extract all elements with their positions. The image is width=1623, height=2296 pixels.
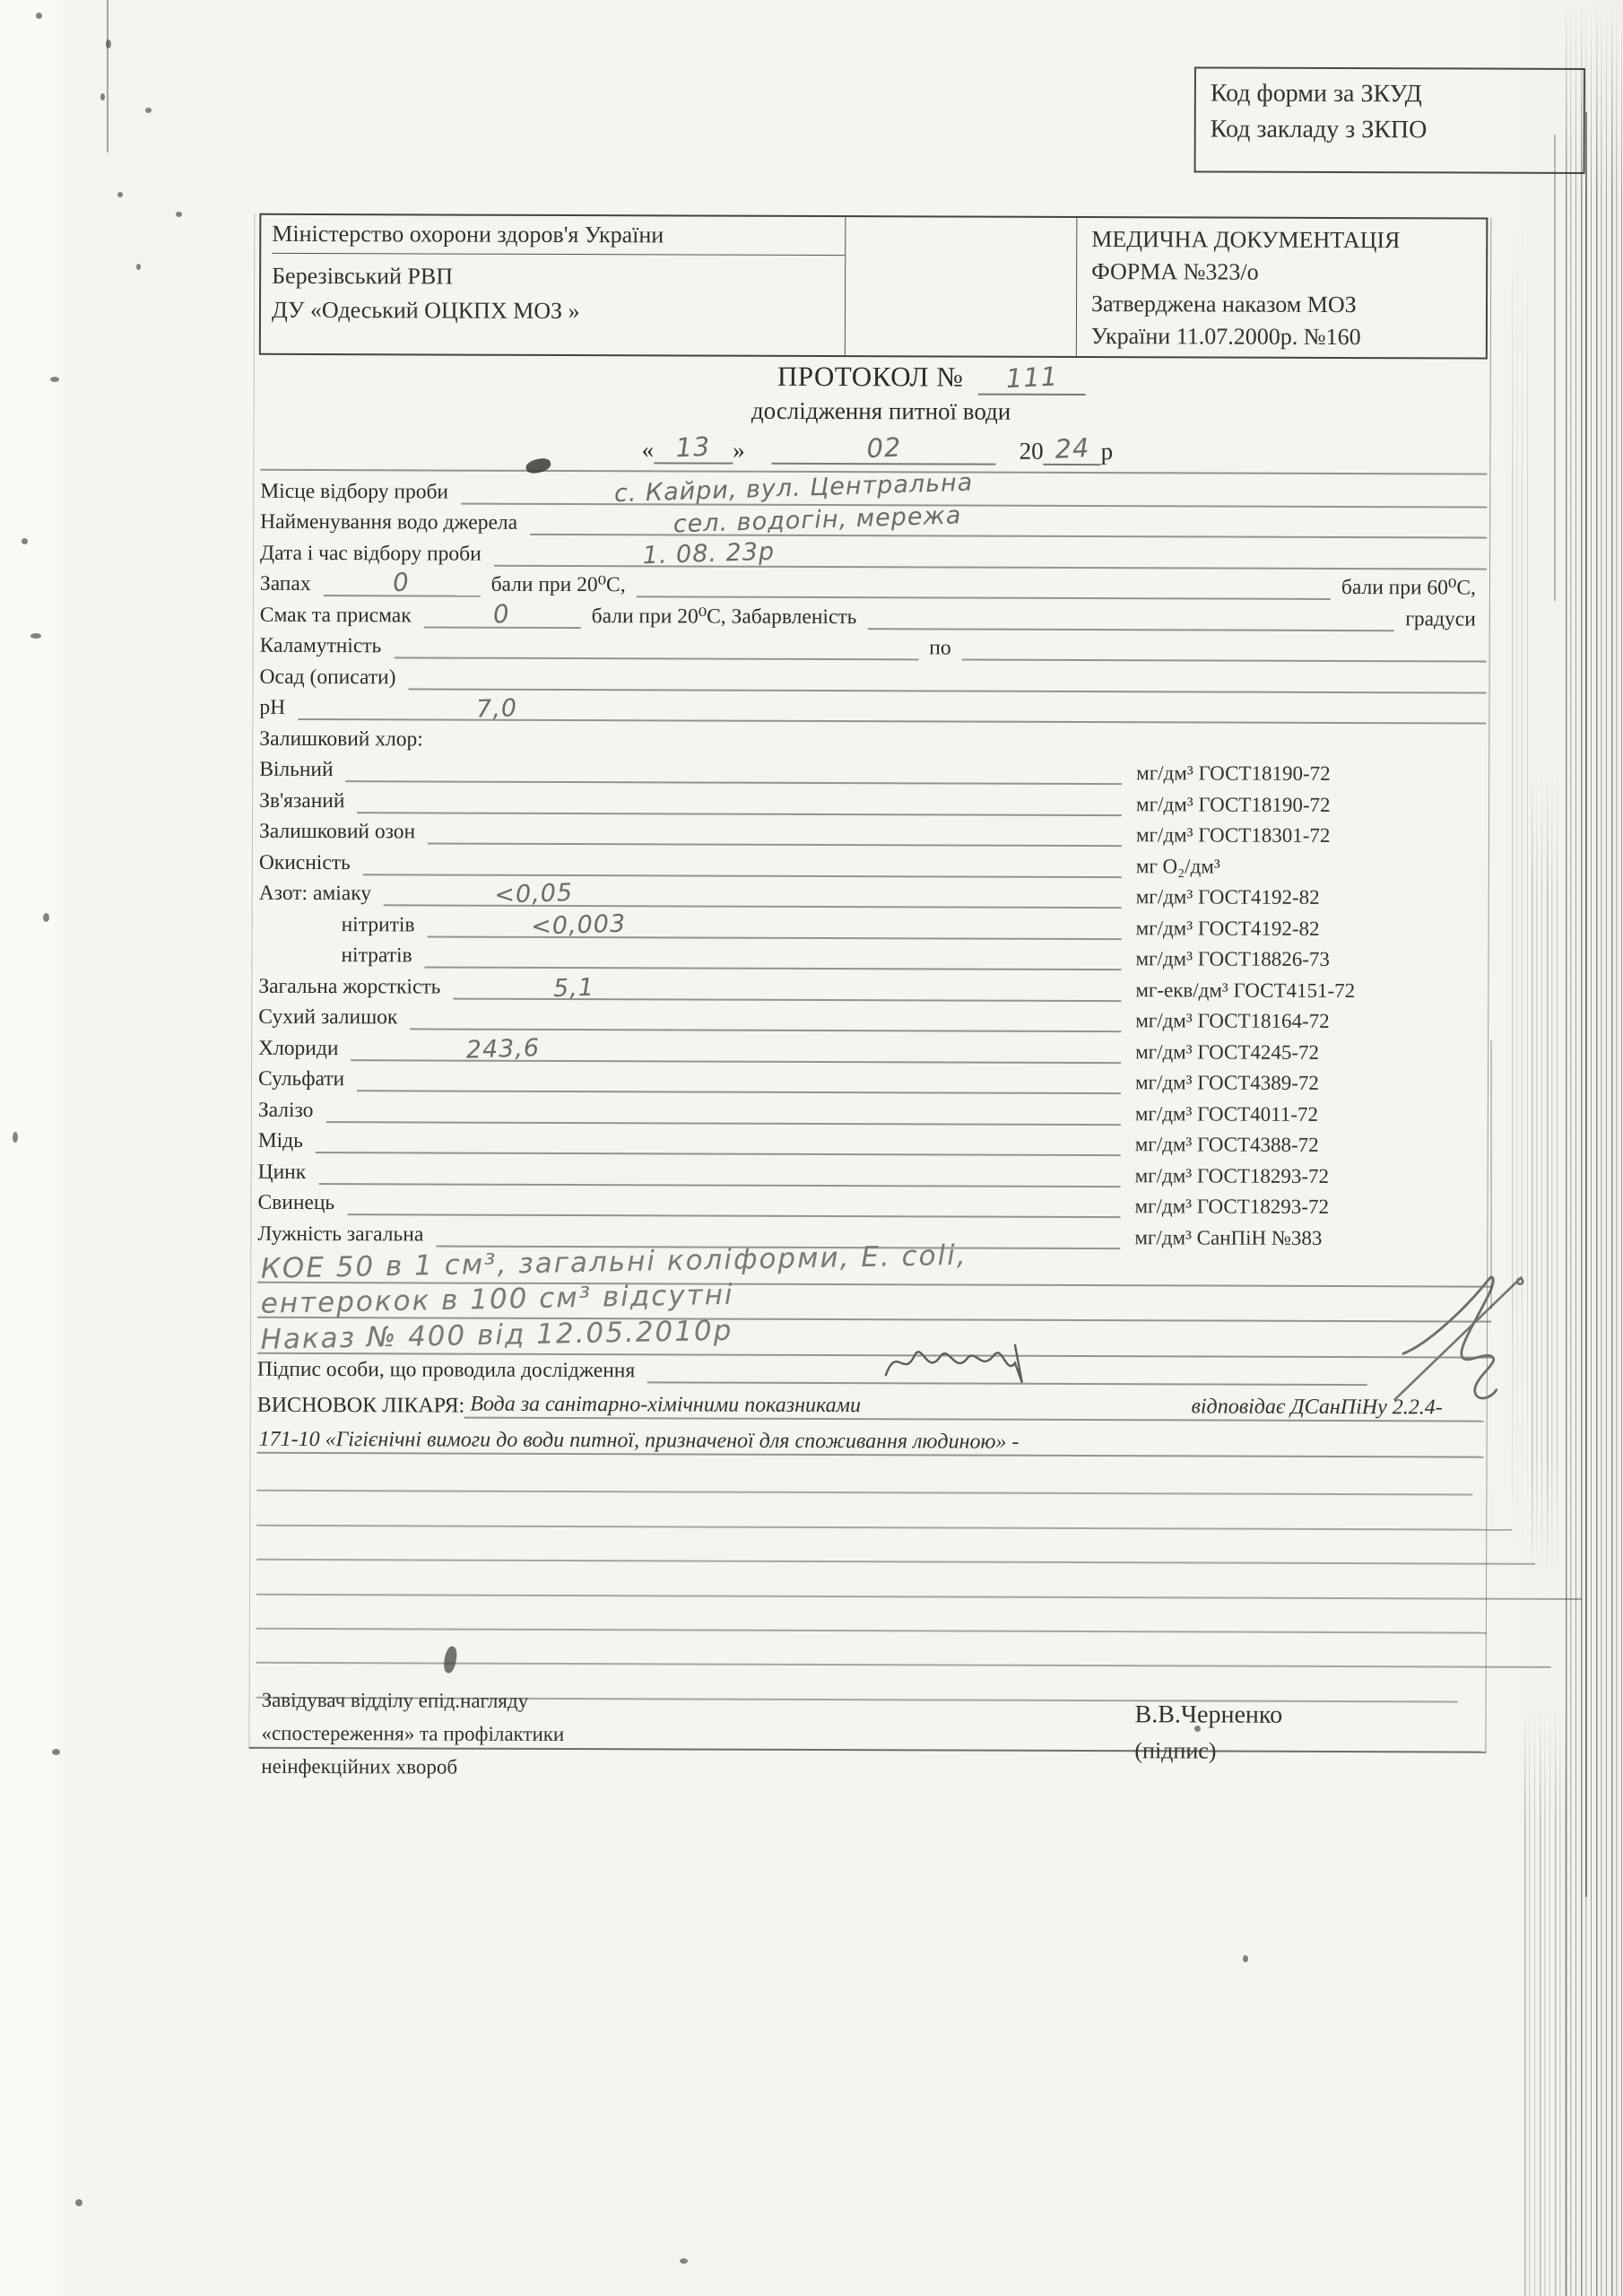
header-empty-cell bbox=[846, 217, 1078, 356]
field-tail-label: бали при 60⁰С, bbox=[1331, 574, 1487, 601]
quote-close: » bbox=[733, 437, 745, 465]
field-underline: <0,05 bbox=[384, 874, 1122, 909]
big-signature-flourish bbox=[1387, 1257, 1545, 1412]
field-underline: 0 bbox=[424, 595, 581, 628]
field-unit: мг/дм³ ГОСТ18826-73 bbox=[1121, 947, 1485, 971]
scan-vertical-line bbox=[1554, 135, 1556, 601]
field-underline: 5,1 bbox=[453, 967, 1121, 1002]
handwritten-value: <0,05 bbox=[494, 879, 574, 909]
dust-speck bbox=[145, 108, 152, 113]
conclusion-text-3: 171-10 «Гігієнічні вимоги до води питної… bbox=[259, 1428, 1020, 1455]
dust-speck bbox=[1194, 1726, 1201, 1732]
dust-speck bbox=[30, 633, 41, 639]
handwritten-value: с. Кайри, вул. Центральна bbox=[614, 468, 974, 508]
micro-note-line: КОЕ 50 в 1 см³, загальні коліформи, Е. с… bbox=[257, 1248, 1491, 1287]
doc-approved-1: Затверджена наказом МОЗ bbox=[1091, 288, 1486, 322]
date-day-underline: 13 bbox=[654, 431, 733, 464]
footer-signatory-block: В.В.Черненко (підпис) bbox=[1134, 1697, 1282, 1770]
scanned-protocol-page: Код форми за ЗКУД Код закладу з ЗКПО Мін… bbox=[0, 0, 1623, 2296]
field-mid-label: бали при 20⁰С, Забарвленість bbox=[581, 603, 868, 630]
field-underline bbox=[347, 1183, 1120, 1219]
field-underline bbox=[428, 812, 1122, 847]
field-mid-label: бали при 20⁰С, bbox=[481, 571, 637, 598]
field-underline: 7,0 bbox=[298, 687, 1486, 724]
signatory-caption: (підпис) bbox=[1134, 1733, 1282, 1770]
field-label: Найменування водо джерела bbox=[260, 510, 530, 535]
conclusion-text-1: Вода за санітарно-хімічними показниками bbox=[470, 1393, 861, 1419]
date-year-mark: р bbox=[1101, 438, 1114, 465]
field-label: Окисність bbox=[259, 850, 363, 874]
field-label: нітратів bbox=[258, 944, 424, 969]
field-label: Смак та присмак bbox=[260, 603, 424, 628]
field-underline-2 bbox=[867, 596, 1394, 631]
date-year-handwritten: 24 bbox=[1054, 432, 1090, 465]
handwritten-value: <0,003 bbox=[531, 909, 627, 940]
field-tail-label: градуси bbox=[1394, 607, 1487, 631]
doc-form-number: ФОРМА №323/о bbox=[1091, 256, 1486, 290]
date-year-prefix: 20 bbox=[1020, 438, 1044, 465]
field-underline bbox=[363, 842, 1122, 877]
dust-speck bbox=[176, 212, 182, 217]
field-underline: <0,003 bbox=[427, 904, 1121, 939]
field-unit: мг/дм³ ГОСТ18293-72 bbox=[1121, 1164, 1485, 1188]
handwritten-value: 1. 08. 23р bbox=[642, 537, 775, 570]
dust-speck bbox=[50, 377, 59, 382]
signatory-name: В.В.Черненко bbox=[1134, 1697, 1282, 1734]
conclusion-underline: Вода за санітарно-хімічними показниками … bbox=[464, 1393, 1484, 1422]
blank-line bbox=[256, 1561, 1582, 1600]
handwritten-value: 0 bbox=[492, 598, 511, 629]
blank-line bbox=[256, 1492, 1512, 1530]
title-block: ПРОТОКОЛ № 111 дослідження питної води «… bbox=[260, 359, 1485, 467]
field-underline: 1. 08. 23р bbox=[494, 534, 1487, 570]
protocol-date: « 13 » 02 20 24 р bbox=[260, 430, 1485, 467]
dust-speck bbox=[136, 264, 141, 270]
microbiology-notes: КОЕ 50 в 1 см³, загальні коліформи, Е. с… bbox=[257, 1248, 1491, 1359]
field-label: Зв'язаний bbox=[259, 788, 357, 813]
field-unit: мг/дм³ ГОСТ4389-72 bbox=[1121, 1071, 1485, 1095]
field-label: нітритів bbox=[259, 912, 428, 937]
field-label: Каламутність bbox=[260, 634, 395, 659]
doc-kind: МЕДИЧНА ДОКУМЕНТАЦІЯ bbox=[1091, 223, 1486, 257]
field-unit: мг-екв/дм³ ГОСТ4151-72 bbox=[1121, 978, 1485, 1003]
field-underline bbox=[325, 1090, 1121, 1126]
field-underline-2 bbox=[637, 565, 1331, 600]
field-label: Залишковий хлор: bbox=[259, 726, 436, 752]
field-unit: мг/дм³ ГОСТ18190-72 bbox=[1122, 761, 1486, 786]
micro-note-line: ентерокок в 100 см³ відсутні bbox=[257, 1283, 1491, 1322]
doctor-conclusion: ВИСНОВОК ЛІКАРЯ: Вода за санітарно-хіміч… bbox=[257, 1386, 1484, 1458]
field-label: Залізо bbox=[258, 1098, 326, 1122]
blank-line bbox=[256, 1595, 1487, 1633]
scan-vertical-line bbox=[1585, 112, 1587, 1897]
date-month-handwritten: 02 bbox=[865, 431, 902, 464]
field-unit: мг/дм³ СанПіН №383 bbox=[1120, 1226, 1484, 1250]
field-underline bbox=[394, 626, 918, 661]
field-unit: мг/дм³ ГОСТ18301-72 bbox=[1122, 823, 1486, 848]
dust-speck bbox=[100, 93, 105, 100]
form-code-box: Код форми за ЗКУД Код закладу з ЗКПО bbox=[1194, 66, 1585, 174]
protocol-title: ПРОТОКОЛ № 111 bbox=[261, 359, 1486, 397]
examiner-signature-row: Підпис особи, що проводила дослідження bbox=[257, 1350, 1484, 1387]
field-underline: сел. водогін, мережа bbox=[530, 502, 1487, 538]
protocol-number-underline: 111 bbox=[978, 361, 1086, 396]
field-unit: мг/дм³ ГОСТ18190-72 bbox=[1122, 793, 1486, 817]
conclusion-underline-2: 171-10 «Гігієнічні вимоги до води питної… bbox=[257, 1418, 1484, 1458]
field-unit: мг/дм³ ГОСТ4245-72 bbox=[1121, 1040, 1485, 1065]
dust-speck bbox=[36, 13, 42, 19]
dust-speck bbox=[13, 1132, 18, 1143]
field-underline-2 bbox=[962, 628, 1487, 663]
field-label: рН bbox=[259, 696, 298, 720]
field-label: Азот: аміаку bbox=[259, 882, 384, 906]
conclusion-label: ВИСНОВОК ЛІКАРЯ: bbox=[257, 1394, 465, 1419]
field-label: Сухий залишок bbox=[258, 1005, 410, 1031]
dust-speck bbox=[106, 39, 111, 48]
field-unit: мг/дм³ ГОСТ4388-72 bbox=[1121, 1133, 1485, 1157]
doc-approved-2: України 11.07.2000р. №160 bbox=[1091, 320, 1486, 354]
footer-position-line1: Завідувач відділу епід.нагляду bbox=[262, 1683, 565, 1718]
field-label: Місце відбору проби bbox=[260, 479, 461, 504]
header-table: Міністерство охорони здоров'я України Бе… bbox=[259, 213, 1488, 360]
footer-position-line2: «спостереження» та профілактики bbox=[261, 1717, 564, 1751]
scan-vertical-line bbox=[1490, 1040, 1492, 1309]
dust-speck bbox=[52, 1749, 60, 1755]
field-label: Дата і час відбору проби bbox=[260, 541, 494, 566]
quote-open: « bbox=[642, 436, 655, 464]
field-label: Хлориди bbox=[258, 1036, 351, 1060]
field-underline bbox=[357, 780, 1122, 815]
code-box-line1: Код форми за ЗКУД bbox=[1211, 76, 1584, 113]
date-year-underline: 24 bbox=[1044, 433, 1101, 465]
parameters-section: Місце відбору пробис. Кайри, вул. Центра… bbox=[257, 469, 1487, 1250]
signature-scribble bbox=[881, 1335, 1069, 1388]
field-label: Загальна жорсткість bbox=[258, 974, 453, 999]
field-underline bbox=[410, 997, 1121, 1032]
date-month-underline: 02 bbox=[772, 432, 996, 465]
handwritten-value: сел. водогін, мережа bbox=[673, 501, 961, 538]
form-field-row: Найменування водо джереласел. водогін, м… bbox=[260, 503, 1487, 538]
form-field-row: нітратівмг/дм³ ГОСТ18826-73 bbox=[258, 936, 1485, 971]
field-underline bbox=[318, 1152, 1121, 1187]
field-label: Мідь bbox=[258, 1129, 316, 1153]
blank-line bbox=[256, 1457, 1472, 1496]
header-doc-cell: МЕДИЧНА ДОКУМЕНТАЦІЯ ФОРМА №323/о Затвер… bbox=[1077, 218, 1487, 358]
dust-speck bbox=[22, 538, 28, 544]
dust-speck bbox=[117, 192, 123, 197]
field-unit: мг О₂/дм³ bbox=[1122, 855, 1486, 879]
document-body: Код форми за ЗКУД Код закладу з ЗКПО Мін… bbox=[0, 0, 1623, 2296]
field-underline bbox=[316, 1121, 1121, 1157]
org-branch: Березівський РВП bbox=[272, 259, 845, 295]
field-underline: с. Кайри, вул. Центральна bbox=[461, 472, 1487, 508]
field-mid-label: по bbox=[918, 636, 961, 660]
protocol-subtitle: дослідження питної води bbox=[261, 396, 1486, 428]
handwritten-value: 0 bbox=[392, 567, 411, 597]
field-label: Цинк bbox=[258, 1160, 319, 1184]
header-org-cell: Міністерство охорони здоров'я України Бе… bbox=[261, 215, 846, 355]
field-underline bbox=[425, 935, 1122, 970]
footer-position-line3: неінфекційних хвороб bbox=[261, 1750, 564, 1784]
blank-ruled-lines bbox=[256, 1457, 1602, 1703]
field-unit: мг/дм³ ГОСТ4192-82 bbox=[1122, 885, 1486, 909]
field-label: Осад (описати) bbox=[260, 665, 409, 690]
field-label: Залишковий озон bbox=[259, 820, 428, 845]
scan-left-hairline bbox=[107, 0, 108, 152]
form-field-row: рН7,0 bbox=[259, 689, 1486, 724]
dust-speck bbox=[1243, 1955, 1248, 1962]
handwritten-value: 243,6 bbox=[465, 1034, 540, 1065]
field-underline: 243,6 bbox=[351, 1028, 1121, 1063]
dust-speck bbox=[43, 913, 49, 922]
field-unit: мг/дм³ ГОСТ4192-82 bbox=[1122, 917, 1486, 941]
field-underline bbox=[357, 1059, 1121, 1094]
field-label: Лужність загальна bbox=[257, 1222, 436, 1247]
field-unit: мг/дм³ ГОСТ4011-72 bbox=[1121, 1102, 1485, 1126]
handwritten-value: 5,1 bbox=[552, 973, 595, 1002]
dust-speck bbox=[75, 2199, 82, 2206]
org-institution: ДУ «Одеський ОЦКПХ МОЗ » bbox=[272, 293, 845, 329]
field-unit: мг/дм³ ГОСТ18164-72 bbox=[1121, 1009, 1485, 1033]
code-box-line2: Код закладу з ЗКПО bbox=[1211, 112, 1584, 149]
field-unit: мг/дм³ ГОСТ18293-72 bbox=[1120, 1195, 1484, 1219]
blank-line bbox=[256, 1526, 1535, 1565]
handwritten-value: 7,0 bbox=[475, 694, 517, 723]
field-label: Свинець bbox=[257, 1191, 347, 1215]
micro-note-handwritten: ентерокок в 100 см³ відсутні bbox=[260, 1279, 733, 1320]
protocol-number-handwritten: 111 bbox=[1005, 361, 1059, 394]
field-label: Вільний bbox=[259, 758, 345, 782]
protocol-label: ПРОТОКОЛ № bbox=[777, 361, 964, 393]
org-name: Міністерство охорони здоров'я України bbox=[272, 217, 845, 256]
signature-row-label: Підпис особи, що проводила дослідження bbox=[257, 1358, 647, 1384]
date-day-handwritten: 13 bbox=[675, 431, 712, 464]
field-label: Запах bbox=[260, 572, 324, 596]
field-label: Сульфати bbox=[258, 1067, 357, 1091]
field-underline bbox=[346, 750, 1123, 786]
dust-speck bbox=[680, 2258, 688, 2264]
form-field-row: Місце відбору пробис. Кайри, вул. Центра… bbox=[260, 473, 1487, 508]
signature-underline bbox=[647, 1349, 1367, 1386]
footer-position-block: Завідувач відділу епід.нагляду «спостере… bbox=[261, 1683, 564, 1784]
field-underline: 0 bbox=[324, 564, 481, 597]
